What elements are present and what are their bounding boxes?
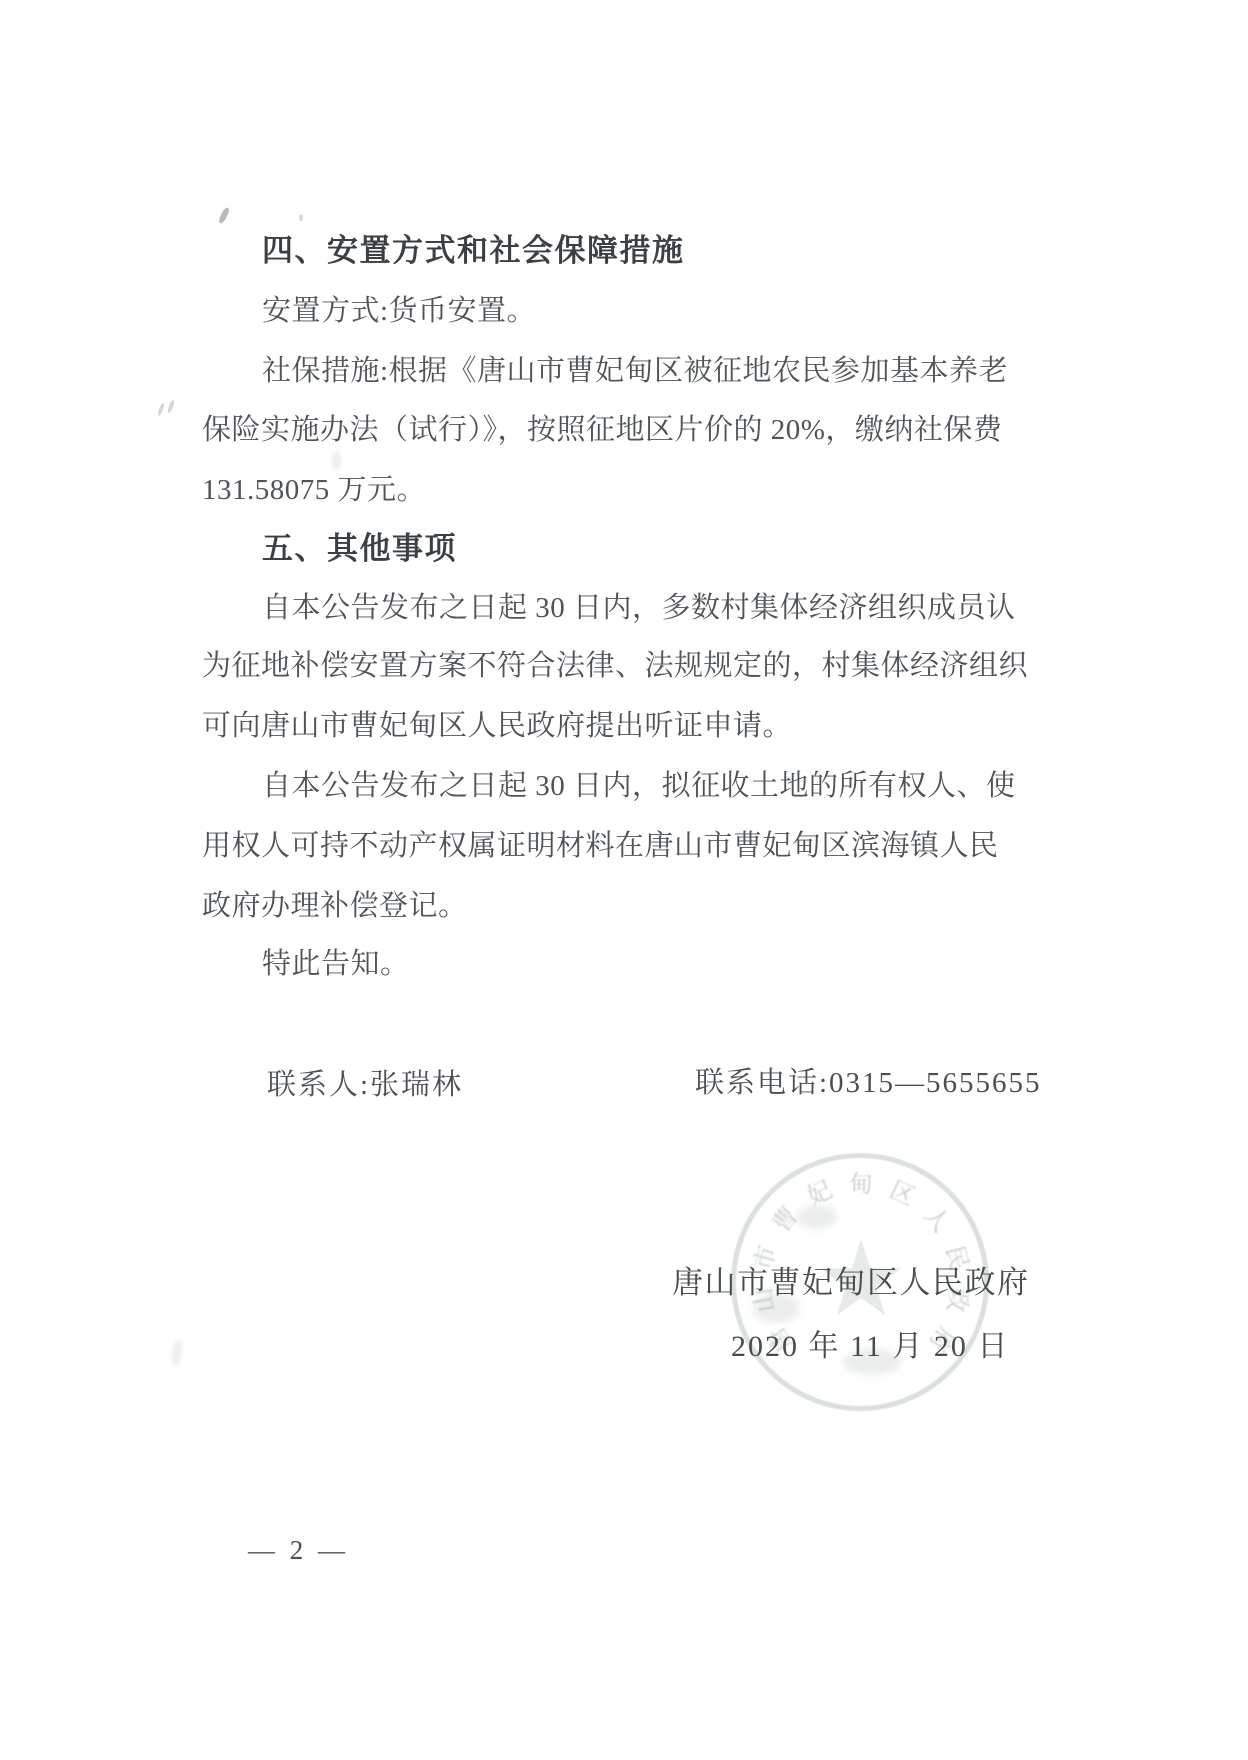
- seal-char: 甸: [848, 1172, 874, 1198]
- section-4-heading: 四、安置方式和社会保障措施: [262, 233, 685, 269]
- registration-paragraph-line-1: 自本公告发布之日起 30 日内，拟征收土地的所有权人、使: [262, 768, 1016, 804]
- scan-speck: [167, 400, 175, 414]
- seal-smudge: [797, 1205, 837, 1229]
- hearing-paragraph-line-3: 可向唐山市曹妃甸区人民政府提出听证申请。: [202, 708, 792, 744]
- section-5-heading: 五、其他事项: [262, 531, 457, 567]
- signature-issuer: 唐山市曹妃甸区人民政府: [672, 1257, 1030, 1302]
- scan-speck: [299, 214, 303, 221]
- resettlement-method-line: 安置方式:货币安置。: [262, 293, 536, 329]
- registration-paragraph-line-2: 用权人可持不动产权属证明材料在唐山市曹妃甸区滨海镇人民: [202, 828, 999, 864]
- social-security-line-1: 社保措施:根据《唐山市曹妃甸区被征地农民参加基本养老: [262, 353, 1008, 389]
- social-security-line-3: 131.58075 万元。: [202, 472, 426, 508]
- signature-date: 2020 年 11 月 20 日: [731, 1321, 1009, 1365]
- scan-speck: [157, 403, 165, 417]
- contact-phone-label: 联系电话:0315—5655655: [695, 1060, 1042, 1101]
- closing-notice-line: 特此告知。: [262, 946, 410, 982]
- hearing-paragraph-line-2: 为征地补偿安置方案不符合法律、法规规定的，村集体经济组织: [202, 648, 1028, 684]
- document-page: 四、安置方式和社会保障措施 安置方式:货币安置。 社保措施:根据《唐山市曹妃甸区…: [0, 0, 1248, 1760]
- scan-speck: [217, 207, 230, 225]
- hearing-paragraph-line-1: 自本公告发布之日起 30 日内，多数村集体经济组织成员认: [262, 590, 1016, 626]
- page-number: — 2 —: [248, 1535, 349, 1566]
- social-security-line-2: 保险实施办法（试行）》，按照征地区片价的 20%，缴纳社保费: [202, 412, 1002, 448]
- scan-speck: [170, 1339, 184, 1366]
- scan-speck: [332, 451, 341, 471]
- registration-paragraph-line-3: 政府办理补偿登记。: [202, 888, 468, 924]
- contact-person-label: 联系人:张瑞林: [267, 1062, 463, 1103]
